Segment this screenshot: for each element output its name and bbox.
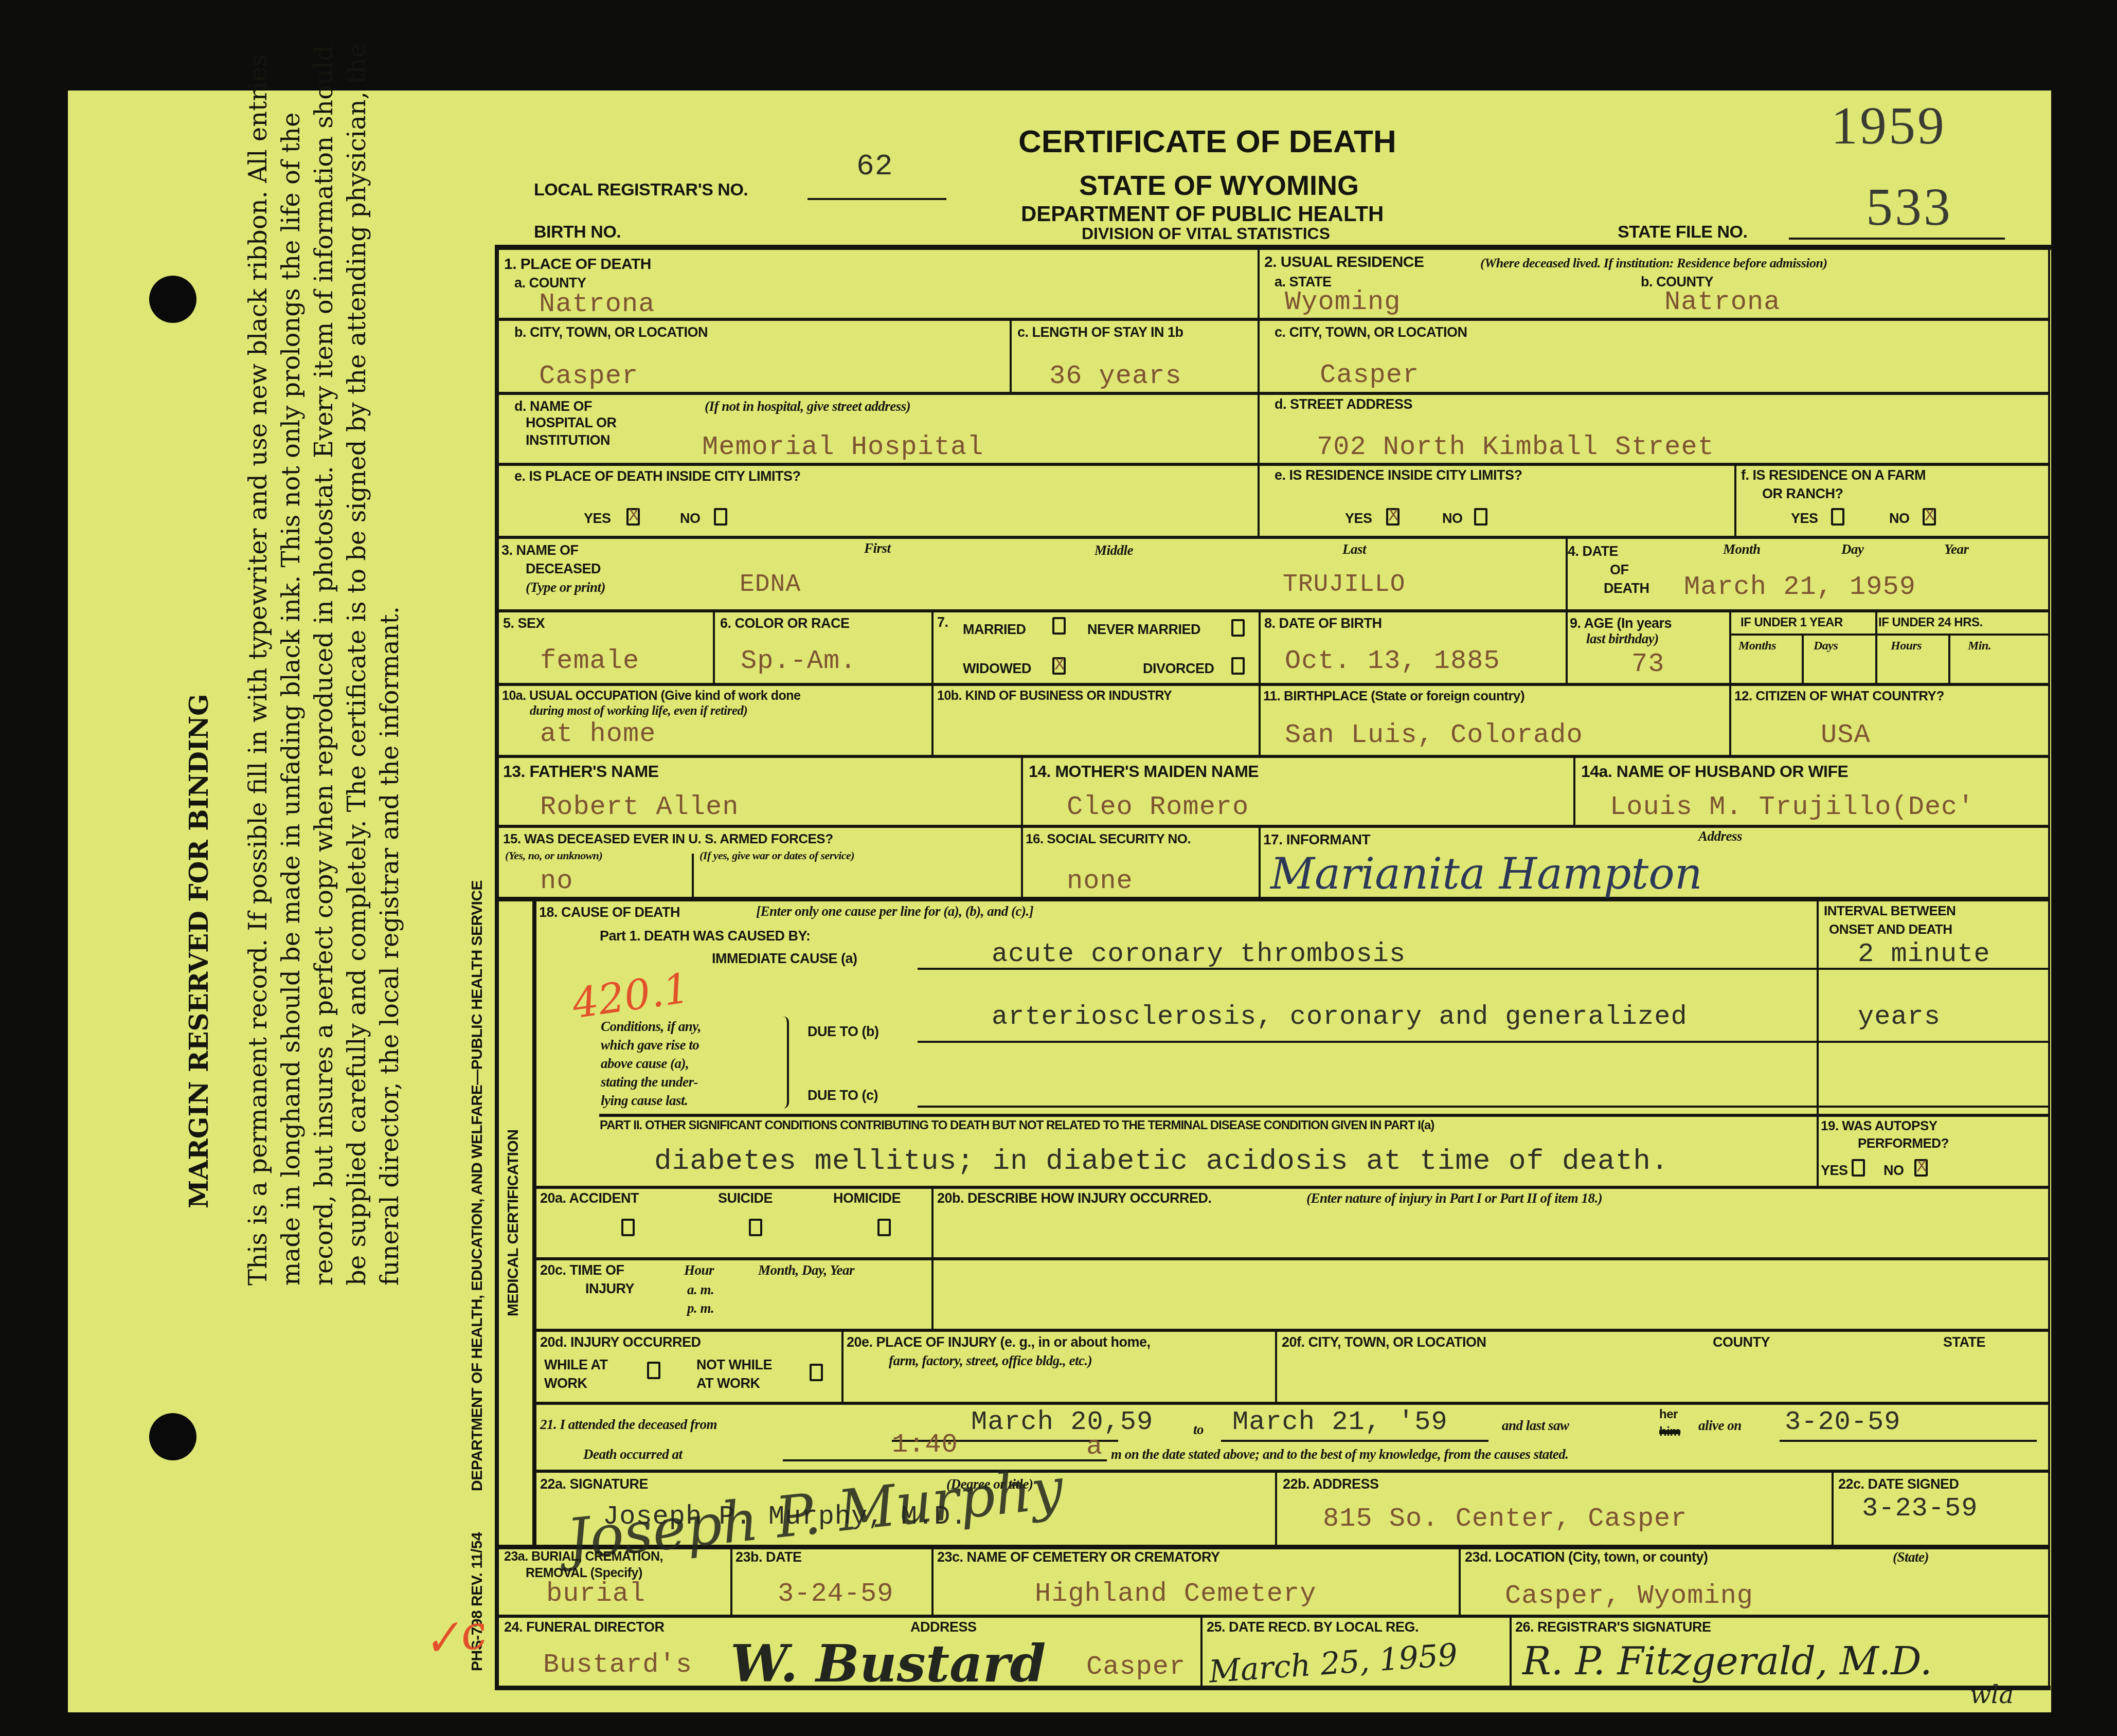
armed-forces-value: no: [540, 866, 573, 896]
day-label: Day: [1841, 542, 1863, 556]
form-left-border: [495, 245, 499, 1689]
part2-label: PART II. OTHER SIGNIFICANT CONDITIONS CO…: [600, 1119, 1434, 1132]
alive-on-value: 3-20-59: [1785, 1407, 1900, 1437]
describe-injury-note: (Enter nature of injury in Part I or Par…: [1306, 1191, 1602, 1205]
interval-label: INTERVAL BETWEEN: [1824, 904, 1955, 918]
name-label: DECEASED: [526, 562, 601, 576]
burial-label: REMOVAL (Specify): [526, 1566, 642, 1580]
physician-address-label: 22b. ADDRESS: [1283, 1477, 1379, 1491]
margin-instructions: This is a permanent record. If possible …: [242, 43, 406, 1286]
date-signed-label: 22c. DATE SIGNED: [1838, 1477, 1959, 1491]
medical-inner-border: [532, 899, 536, 1548]
business-label: 10b. KIND OF BUSINESS OR INDUSTRY: [937, 689, 1172, 702]
row-line: [534, 1329, 2048, 1332]
residence-note: (Where deceased lived. If institution: R…: [1480, 256, 1827, 270]
am-label: a. m.: [687, 1282, 714, 1297]
check-mark-annotation: ✓c: [418, 1604, 491, 1669]
no-label: NO: [1883, 1163, 1904, 1178]
col-line: [1259, 610, 1261, 756]
months-label: Months: [1738, 640, 1776, 653]
hospital-label: HOSPITAL OR: [526, 415, 617, 430]
interval-a-value: 2 minute: [1858, 939, 1990, 969]
mother-value: Cleo Romero: [1067, 792, 1249, 822]
ssn-label: 16. SOCIAL SECURITY NO.: [1026, 832, 1191, 846]
death-occurred-label: Death occurred at: [583, 1447, 682, 1461]
local-registrar-line: [808, 198, 946, 200]
informant-signature: Marianita Hampton: [1270, 848, 1702, 899]
hospital-label: d. NAME OF: [514, 399, 592, 413]
birthplace-label: 11. BIRTHPLACE (State or foreign country…: [1263, 689, 1524, 703]
row-line: [497, 609, 2048, 612]
col-line: [713, 610, 715, 684]
division-title: DIVISION OF VITAL STATISTICS: [1082, 224, 1330, 243]
autopsy-no-checkbox[interactable]: X: [1914, 1159, 1928, 1177]
physician-address-value: 815 So. Center, Casper: [1323, 1504, 1688, 1534]
row-line: [497, 318, 2048, 321]
citizen-label: 12. CITIZEN OF WHAT COUNTRY?: [1734, 689, 1944, 703]
never-married-checkbox[interactable]: [1231, 619, 1245, 637]
pod-city-value: Casper: [539, 361, 638, 391]
stay-value: 36 years: [1049, 361, 1182, 391]
death-statement: m on the date stated above; and to the b…: [1111, 1447, 1568, 1461]
row-line: [497, 536, 2048, 539]
pm-label: p. m.: [687, 1301, 714, 1315]
col-line: [1802, 635, 1804, 684]
last-name-value: TRUJILLO: [1283, 571, 1405, 599]
burial-date-label: 23b. DATE: [735, 1550, 802, 1564]
instruction-line: record, but insures a perfect copy when …: [308, 43, 340, 1286]
row-line: [534, 1257, 2048, 1260]
not-while-at-work-checkbox[interactable]: [810, 1364, 823, 1381]
dob-label: 8. DATE OF BIRTH: [1264, 616, 1382, 630]
yes-label: YES: [584, 511, 611, 526]
last-label: Last: [1342, 542, 1366, 556]
burial-value: burial: [546, 1579, 645, 1609]
date-received-label: 25. DATE RECD. BY LOCAL REG.: [1207, 1620, 1419, 1634]
autopsy-label: PERFORMED?: [1858, 1136, 1949, 1150]
informant-label: 17. INFORMANT: [1263, 832, 1370, 847]
citizen-value: USA: [1821, 720, 1871, 750]
autopsy-yes-checkbox[interactable]: [1852, 1159, 1865, 1177]
col-line: [1200, 1616, 1203, 1687]
age-label: 9. AGE (In years: [1570, 616, 1672, 630]
spouse-label: 14a. NAME OF HUSBAND OR WIFE: [1581, 763, 1848, 781]
pod-county-label: a. COUNTY: [514, 276, 586, 290]
cause-label-note: [Enter only one cause per line for (a), …: [756, 904, 1033, 918]
father-label: 13. FATHER'S NAME: [503, 763, 659, 781]
margin-heading: MARGIN RESERVED FOR BINDING: [183, 694, 216, 1208]
farm-label: f. IS RESIDENCE ON A FARM: [1741, 468, 1926, 482]
autopsy-label: 19. WAS AUTOPSY: [1821, 1119, 1937, 1133]
never-married-label: NEVER MARRIED: [1087, 622, 1200, 637]
col-line: [692, 854, 694, 898]
department-title: DEPARTMENT OF PUBLIC HEALTH: [1021, 202, 1384, 226]
year-label: Year: [1944, 542, 1969, 556]
certificate-title: CERTIFICATE OF DEATH: [1018, 123, 1396, 160]
farm-no-checkbox[interactable]: X: [1923, 508, 1936, 526]
col-line: [1021, 756, 1023, 898]
armed-forces-sub-label: (Yes, no, or unknown): [505, 849, 602, 861]
col-line: [1510, 1616, 1512, 1687]
conditions-brace: [782, 1016, 789, 1109]
signature-label: 22a. SIGNATURE: [540, 1477, 648, 1491]
funeral-address-value: Casper: [1086, 1652, 1186, 1682]
immediate-cause-label: IMMEDIATE CAUSE (a): [712, 951, 857, 966]
place-of-death-heading: 1. PLACE OF DEATH: [504, 256, 651, 273]
location-value: Casper, Wyoming: [1505, 1581, 1753, 1611]
farm-yes-checkbox[interactable]: [1831, 508, 1844, 526]
col-line: [1817, 899, 1819, 1187]
injury-county-label: COUNTY: [1713, 1335, 1770, 1349]
yes-label: YES: [1791, 511, 1818, 526]
local-registrar-label: LOCAL REGISTRAR'S NO.: [534, 181, 748, 200]
attended-to-line: [1221, 1440, 1488, 1442]
res-inside-limits-label: e. IS RESIDENCE INSIDE CITY LIMITS?: [1275, 468, 1522, 482]
row-line: [497, 825, 2048, 828]
dod-label: 4. DATE: [1568, 544, 1618, 558]
row-line: [599, 1114, 2048, 1117]
place-of-injury-label: 20e. PLACE OF INJURY (e. g., in or about…: [847, 1335, 1151, 1349]
attended-from-value: March 20,59: [971, 1407, 1153, 1437]
res-street-value: 702 North Kimball Street: [1317, 432, 1714, 462]
pod-inside-limits-no-checkbox[interactable]: [714, 508, 727, 526]
col-line: [1734, 464, 1736, 536]
row-line: [534, 1186, 2048, 1189]
hour-label: Hour: [684, 1263, 714, 1277]
immediate-cause-value: acute coronary thrombosis: [992, 939, 1406, 969]
state-title: STATE OF WYOMING: [1079, 170, 1359, 202]
stay-label: c. LENGTH OF STAY IN 1b: [1017, 325, 1183, 339]
col-line: [1573, 756, 1575, 826]
col-line: [1875, 610, 1877, 684]
res-inside-limits-no-checkbox[interactable]: [1474, 508, 1487, 526]
row-line: [534, 1470, 2048, 1473]
due-to-c-label: DUE TO (c): [808, 1088, 878, 1102]
funeral-director-value: Bustard's: [543, 1650, 692, 1680]
state-file-number: 533: [1866, 176, 1952, 238]
row-line: [497, 1615, 2048, 1618]
cemetery-value: Highland Cemetery: [1035, 1579, 1317, 1609]
her-label: her: [1659, 1408, 1678, 1421]
row-line: [1729, 634, 2048, 636]
mother-label: 14. MOTHER'S MAIDEN NAME: [1029, 763, 1259, 781]
part1-label: Part 1. DEATH WAS CAUSED BY:: [600, 929, 811, 943]
punch-hole-top: [149, 276, 196, 323]
col-line: [1259, 826, 1261, 898]
name-label: 3. NAME OF: [501, 543, 579, 557]
registrar-signature-label: 26. REGISTRAR'S SIGNATURE: [1515, 1620, 1711, 1634]
col-line: [1729, 610, 1731, 756]
death-ampm-value: a: [1086, 1432, 1103, 1462]
date-of-death-value: March 21, 1959: [1684, 572, 1916, 602]
race-value: Sp.-Am.: [741, 646, 856, 676]
res-county-value: Natrona: [1664, 287, 1780, 317]
no-label: NO: [1442, 511, 1463, 526]
cemetery-label: 23c. NAME OF CEMETERY OR CREMATORY: [937, 1550, 1220, 1564]
describe-injury-label: 20b. DESCRIBE HOW INJURY OCCURRED.: [937, 1191, 1212, 1205]
occupation-value: at home: [540, 719, 656, 749]
alive-on-line: [1780, 1440, 2037, 1442]
divorced-checkbox[interactable]: [1231, 657, 1245, 675]
cause-label: 18. CAUSE OF DEATH: [539, 905, 680, 919]
col-line: [931, 610, 934, 756]
injury-state-label: STATE: [1943, 1335, 1985, 1349]
punch-hole-bottom: [149, 1413, 196, 1460]
alive-on-label: alive on: [1698, 1418, 1742, 1433]
to-label: to: [1193, 1422, 1204, 1437]
dod-label: OF: [1610, 563, 1629, 577]
hospital-label: INSTITUTION: [526, 433, 610, 447]
row-line: [534, 1402, 2048, 1405]
res-city-value: Casper: [1320, 360, 1419, 390]
registrar-initials: wla: [1970, 1680, 2014, 1709]
col-line: [841, 1330, 844, 1403]
accident-label: 20a. ACCIDENT: [540, 1191, 639, 1205]
hospital-note: (If not in hospital, give street address…: [705, 399, 910, 413]
age-label: last birthday): [1586, 631, 1659, 646]
res-city-label: c. CITY, TOWN, OR LOCATION: [1275, 325, 1467, 339]
col-line: [1459, 1547, 1461, 1616]
ssn-value: none: [1067, 866, 1133, 896]
attended-label: 21. I attended the deceased from: [540, 1417, 717, 1432]
instruction-line: made in longhand should be made in unfad…: [275, 43, 308, 1286]
homicide-label: HOMICIDE: [833, 1191, 901, 1205]
dod-label: DEATH: [1604, 581, 1649, 595]
cause-c-line: [918, 1106, 2048, 1108]
state-file-label: STATE FILE NO.: [1618, 223, 1747, 242]
pod-county-value: Natrona: [539, 289, 655, 319]
yes-label: YES: [1821, 1163, 1848, 1178]
medical-certification-label: MEDICAL CERTIFICATION: [505, 1130, 522, 1316]
informant-address-label: Address: [1698, 829, 1742, 843]
instruction-line: This is a permanent record. If possible …: [242, 43, 275, 1286]
while-at-work-checkbox[interactable]: [647, 1362, 660, 1379]
col-line: [1010, 319, 1012, 392]
pod-inside-limits-label: e. IS PLACE OF DEATH INSIDE CITY LIMITS?: [514, 469, 801, 483]
place-of-injury-label: farm, factory, street, office bldg., etc…: [889, 1353, 1092, 1368]
funeral-director-signature: W. Bustard: [730, 1633, 1046, 1694]
sex-value: female: [540, 646, 639, 676]
funeral-address-label: ADDRESS: [910, 1620, 977, 1634]
married-checkbox[interactable]: [1052, 617, 1066, 635]
divorced-label: DIVORCED: [1143, 661, 1214, 676]
first-label: First: [864, 541, 891, 555]
while-at-work-label: WORK: [544, 1376, 587, 1390]
under-24h-label: IF UNDER 24 HRS.: [1878, 616, 1983, 629]
widowed-label: WIDOWED: [963, 661, 1031, 676]
yes-label: YES: [1345, 511, 1372, 526]
time-of-injury-label: 20c. TIME OF: [540, 1263, 624, 1277]
due-to-b-label: DUE TO (b): [808, 1024, 879, 1039]
conditions-note: Conditions, if any, which gave rise to a…: [601, 1017, 701, 1110]
no-label: NO: [1889, 511, 1910, 526]
row-line: [497, 755, 2048, 758]
attended-to-value: March 21, '59: [1232, 1407, 1448, 1437]
under-1yr-label: IF UNDER 1 YEAR: [1741, 616, 1843, 629]
burial-date-value: 3-24-59: [778, 1579, 893, 1609]
farm-label: OR RANCH?: [1762, 486, 1843, 501]
hours-label: Hours: [1891, 640, 1922, 653]
part2-value: diabetes mellitus; in diabetic acidosis …: [654, 1145, 1669, 1178]
interval-b-value: years: [1858, 1002, 1941, 1032]
age-value: 73: [1631, 649, 1664, 679]
birthplace-value: San Luis, Colorado: [1285, 720, 1583, 750]
department-vertical: DEPARTMENT OF HEALTH, EDUCATION, AND WEL…: [469, 880, 486, 1491]
form-bottom-border: [495, 1686, 2051, 1690]
time-of-injury-label: INJURY: [585, 1281, 634, 1296]
married-label: MARRIED: [963, 622, 1026, 637]
accident-checkbox[interactable]: [621, 1219, 635, 1236]
armed-forces-sub-label: (If yes, give war or dates of service): [699, 849, 854, 861]
col-line: [1948, 635, 1950, 684]
not-while-at-work-label: NOT WHILE: [696, 1358, 772, 1372]
row-line: [497, 392, 2048, 395]
suicide-label: SUICIDE: [718, 1191, 773, 1205]
birth-no-label: BIRTH NO.: [534, 223, 621, 242]
middle-label: Middle: [1095, 543, 1133, 557]
instruction-line: funeral director, the local registrar an…: [373, 43, 406, 1286]
form-right-border: [2048, 245, 2050, 1689]
armed-forces-label: 15. WAS DECEASED EVER IN U. S. ARMED FOR…: [503, 832, 833, 846]
year-stamp: 1959: [1831, 95, 1946, 156]
occupation-label: 10a. USUAL OCCUPATION (Give kind of work…: [502, 689, 800, 702]
while-at-work-label: WHILE AT: [544, 1358, 607, 1372]
him-label: him: [1659, 1425, 1680, 1438]
interval-label: ONSET AND DEATH: [1829, 923, 1952, 936]
suicide-checkbox[interactable]: [749, 1219, 762, 1236]
res-street-label: d. STREET ADDRESS: [1275, 397, 1412, 411]
widowed-checkbox[interactable]: X: [1052, 657, 1066, 675]
row-line: [497, 683, 2048, 686]
min-label: Min.: [1968, 640, 1991, 653]
sex-label: 5. SEX: [503, 616, 545, 630]
race-label: 6. COLOR OR RACE: [720, 616, 850, 630]
injury-occurred-label: 20d. INJURY OCCURRED: [540, 1335, 701, 1349]
form-top-border: [495, 245, 2052, 250]
row-line: [497, 463, 2048, 466]
pod-city-label: b. CITY, TOWN, OR LOCATION: [514, 325, 708, 339]
date-signed-value: 3-23-59: [1862, 1493, 1978, 1524]
death-time-value: 1:40: [892, 1430, 958, 1460]
col-line: [1832, 1471, 1834, 1546]
spouse-value: Louis M. Trujillo(Dec': [1610, 792, 1975, 822]
res-state-value: Wyoming: [1285, 287, 1401, 317]
instruction-line: be supplied carefully and completely. Th…: [340, 43, 373, 1286]
burial-label: 23a. BURIAL, CREMATION,: [504, 1550, 663, 1563]
col-line: [931, 1547, 934, 1616]
col-line: [1275, 1330, 1277, 1403]
location-label: 23d. LOCATION (City, town, or county): [1465, 1550, 1708, 1564]
res-inside-limits-yes-checkbox[interactable]: X: [1386, 508, 1400, 526]
occupation-label: during most of working life, even if ret…: [530, 704, 747, 718]
days-label: Days: [1814, 640, 1838, 653]
no-label: NO: [680, 511, 701, 526]
funeral-director-label: 24. FUNERAL DIRECTOR: [504, 1620, 665, 1634]
name-label: (Type or print): [526, 580, 605, 594]
father-value: Robert Allen: [540, 792, 739, 822]
due-to-b-value: arteriosclerosis, coronary and generaliz…: [992, 1002, 1688, 1032]
residence-heading: 2. USUAL RESIDENCE: [1264, 254, 1424, 270]
injury-city-label: 20f. CITY, TOWN, OR LOCATION: [1282, 1335, 1486, 1349]
homicide-checkbox[interactable]: [877, 1219, 891, 1236]
pod-inside-limits-yes-checkbox[interactable]: X: [626, 508, 640, 526]
hospital-value: Memorial Hospital: [702, 432, 984, 462]
col-line: [730, 1547, 732, 1616]
registrar-signature: R. P. Fitzgerald, M.D.: [1522, 1639, 1932, 1684]
dob-value: Oct. 13, 1885: [1285, 646, 1500, 676]
mdy-label: Month, Day, Year: [758, 1263, 854, 1277]
local-registrar-number: 62: [856, 150, 893, 184]
state-file-line: [1789, 238, 2005, 240]
month-label: Month: [1723, 542, 1761, 556]
last-saw-label: and last saw: [1502, 1418, 1569, 1433]
cause-b-line: [918, 1041, 2048, 1043]
not-while-at-work-label: AT WORK: [696, 1376, 760, 1390]
first-name-value: EDNA: [740, 571, 801, 599]
marital-number: 7.: [937, 615, 948, 629]
location-state-label: (State): [1893, 1550, 1929, 1564]
col-line: [1275, 1471, 1277, 1546]
